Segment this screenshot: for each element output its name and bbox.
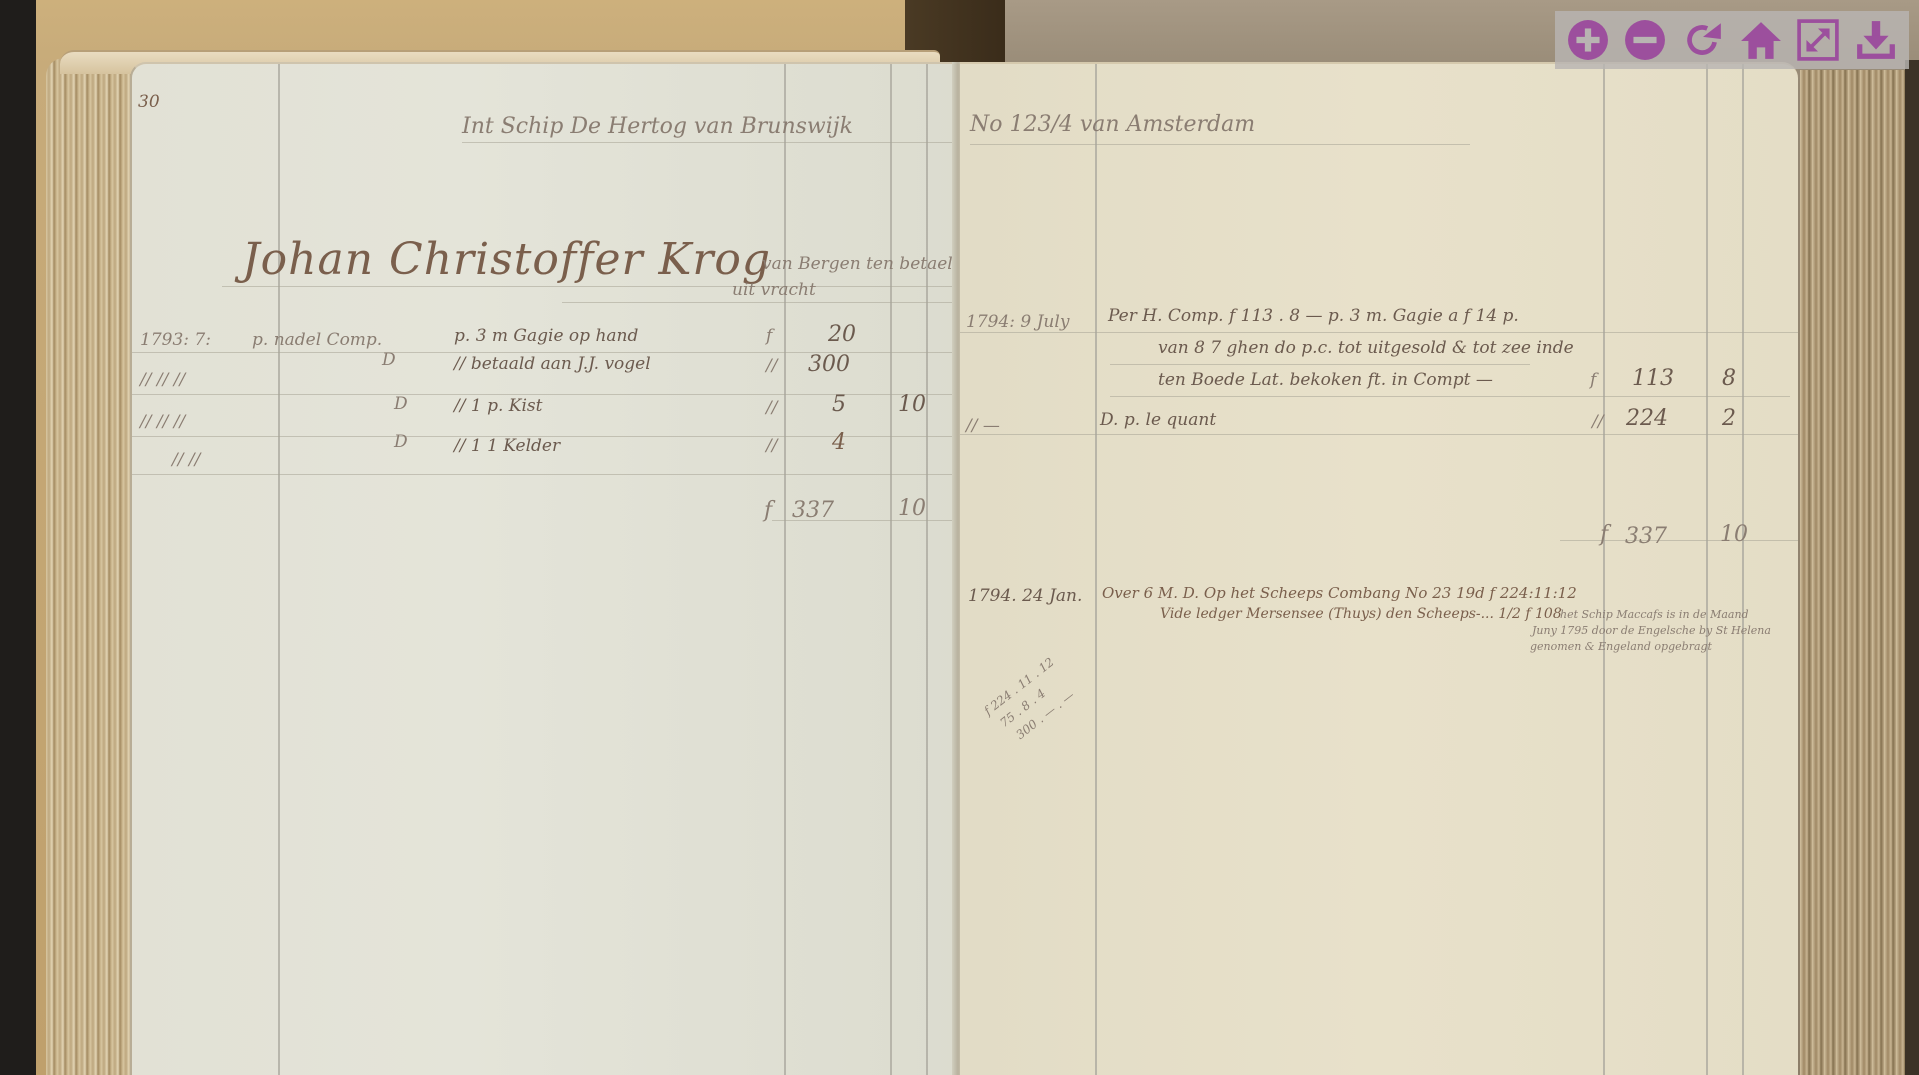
home-icon [1740,19,1782,61]
entry-description: // 1 p. Kist [454,396,542,416]
download-icon [1855,19,1897,61]
side-note-line: genomen & Engeland opgebragt [1530,640,1712,653]
name-underline-2 [562,302,962,303]
side-note-line: Juny 1795 door de Engelsche by St Helena [1532,624,1771,637]
entry-account: p. nadel Comp. [252,330,382,350]
entry-stuivers: 8 [1722,366,1736,391]
entry-guilders: 113 [1632,366,1674,391]
entry-guilders: 20 [828,322,856,347]
account-name-suffix: van Bergen ten betaelen [762,254,974,274]
column-rule [1742,64,1744,1075]
column-rule [926,64,928,1075]
total-currency: f [1600,522,1608,547]
image-viewer[interactable]: 30 Int Schip De Hertog van Brunswijk Joh… [0,0,1919,1075]
entry-currency: // [1592,412,1603,432]
page-edges-right [1800,70,1905,1075]
column-rule [890,64,892,1075]
row-rule [1110,396,1790,397]
entry-date: // // [172,450,200,470]
entry-guilders: 4 [832,430,846,455]
entry-currency: // [766,436,777,456]
entry-guilders: 224 [1626,406,1668,431]
entry-line: Per H. Comp. f 113 . 8 — p. 3 m. Gagie a… [1108,306,1519,326]
entry-date: // // // [140,370,185,390]
column-rule [1095,64,1097,1075]
row-rule [132,474,962,475]
entry-account: D [394,394,408,414]
entry-line: van 8 7 ghen do p.c. tot uitgesold & tot… [1158,338,1574,358]
background-left [0,0,36,1075]
header-underline [970,144,1470,145]
row-rule [960,332,1798,333]
entry-description: p. 3 m Gagie op hand [454,326,638,346]
rotate-button[interactable] [1679,16,1727,64]
zoom-out-button[interactable] [1621,16,1669,64]
download-button[interactable] [1852,16,1900,64]
zoom-in-button[interactable] [1564,16,1612,64]
home-button[interactable] [1737,16,1785,64]
expand-icon [1797,19,1839,61]
total-stuivers: 10 [898,496,926,521]
entry-date: 1794: 9 July [966,312,1069,332]
total-guilders: 337 [792,498,834,523]
entry-line: D. p. le quant [1100,410,1216,430]
header-underline [462,142,952,143]
page-number: 30 [138,92,160,112]
left-page: 30 Int Schip De Hertog van Brunswijk Joh… [130,62,962,1075]
entry-date: 1793: 7: [140,330,211,350]
column-rule [1603,64,1605,1075]
viewer-toolbar [1555,11,1909,69]
entry-currency: // [766,356,777,376]
total-guilders: 337 [1625,524,1667,549]
entry-guilders: 300 [808,352,850,377]
note-line: Vide ledger Mersensee (Thuys) den Scheep… [1160,606,1562,622]
page-edges-left [46,58,138,1075]
page-header: Int Schip De Hertog van Brunswijk [462,114,853,139]
side-note-line: het Schip Maccafs is in de Maand [1560,608,1749,621]
note-date: 1794. 24 Jan. [968,586,1082,606]
background-right [1905,60,1919,1075]
entry-currency: f [766,326,772,346]
total-stuivers: 10 [1720,522,1748,547]
entry-description: // 1 1 Kelder [454,436,560,456]
entry-date: // // // [140,412,185,432]
column-rule [784,64,786,1075]
minus-circle-icon [1624,19,1666,61]
entry-guilders: 5 [832,392,846,417]
rotate-right-icon [1682,19,1724,61]
column-rule [1706,64,1708,1075]
row-rule [960,434,1798,435]
account-name-suffix-2: uit vracht [732,280,816,300]
entry-date: // — [966,416,1000,436]
entry-stuivers: 2 [1722,406,1736,431]
entry-currency: // [766,398,777,418]
row-rule [1110,364,1530,365]
entry-currency: f [1590,370,1596,390]
page-header: No 123/4 van Amsterdam [970,112,1255,137]
right-page: No 123/4 van Amsterdam 1794: 9 July Per … [960,62,1798,1075]
fullscreen-button[interactable] [1794,16,1842,64]
column-rule [278,64,280,1075]
total-currency: f [764,498,772,523]
entry-account: D [382,350,396,370]
account-name: Johan Christoffer Krog [242,234,771,285]
entry-description: // betaald aan J.J. vogel [454,354,651,374]
note-line: Over 6 M. D. Op het Scheeps Combang No 2… [1102,584,1577,602]
name-underline [222,286,962,287]
total-rule [1560,540,1798,541]
entry-account: D [394,432,408,452]
plus-circle-icon [1567,19,1609,61]
entry-stuivers: 10 [898,392,926,417]
entry-line: ten Boede Lat. bekoken ft. in Compt — [1158,370,1493,390]
